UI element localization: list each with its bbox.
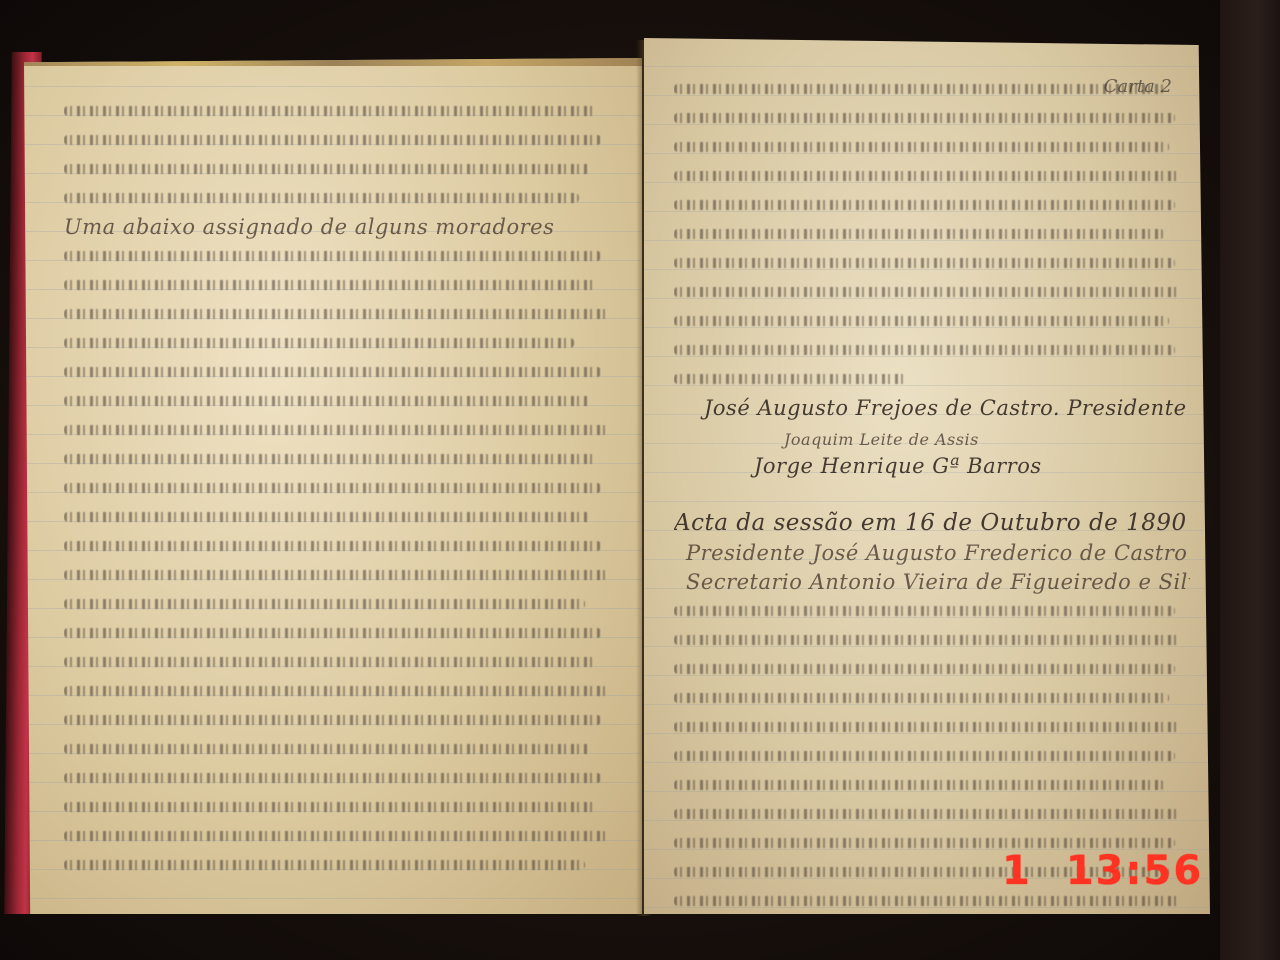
handwriting-line bbox=[64, 413, 618, 442]
handwriting-line bbox=[64, 819, 618, 848]
handwriting-line bbox=[64, 674, 618, 703]
minutes-secretary: Secretario Antonio Vieira de Figueiredo … bbox=[674, 565, 1190, 594]
handwriting-line bbox=[674, 159, 1190, 188]
handwriting-line bbox=[674, 130, 1190, 159]
handwriting-line bbox=[64, 500, 618, 529]
handwriting-line bbox=[64, 239, 618, 268]
handwriting-line bbox=[64, 268, 618, 297]
handwriting-line bbox=[64, 123, 618, 152]
handwriting-line bbox=[674, 304, 1190, 333]
timestamp-time: 13:56 bbox=[1066, 848, 1203, 894]
handwriting-line bbox=[64, 761, 618, 790]
left-page: Uma abaixo assignado de alguns moradores bbox=[24, 58, 642, 914]
handwriting-line bbox=[64, 529, 618, 558]
signature-member: Jorge Henrique Gª Barros bbox=[674, 449, 1190, 478]
handwriting-line bbox=[64, 326, 618, 355]
handwriting-line bbox=[64, 703, 618, 732]
handwriting-line bbox=[64, 558, 618, 587]
right-page: Carta 2 José Augusto Frejoes de Castro. … bbox=[644, 38, 1210, 914]
camera-timestamp: 1 13:56 bbox=[1002, 848, 1203, 894]
timestamp-day: 1 bbox=[1002, 848, 1032, 894]
handwriting-line bbox=[64, 471, 618, 500]
right-page-handwriting: José Augusto Frejoes de Castro. Presiden… bbox=[674, 72, 1190, 913]
handwriting-line bbox=[64, 645, 618, 674]
handwriting-line bbox=[64, 442, 618, 471]
signature-secretary: Joaquim Leite de Assis bbox=[674, 420, 1190, 449]
handwriting-line bbox=[64, 790, 618, 819]
handwriting-line: Uma abaixo assignado de alguns moradores bbox=[64, 210, 618, 239]
handwriting-line bbox=[64, 732, 618, 761]
signature-president: José Augusto Frejoes de Castro. Presiden… bbox=[674, 391, 1190, 420]
table-surface bbox=[1220, 0, 1280, 960]
handwriting-line bbox=[674, 333, 1190, 362]
handwriting-line bbox=[674, 652, 1190, 681]
handwriting-line bbox=[64, 587, 618, 616]
handwriting-line bbox=[64, 152, 618, 181]
handwriting-line bbox=[674, 797, 1190, 826]
handwriting-line bbox=[674, 188, 1190, 217]
handwriting-line bbox=[674, 72, 1190, 101]
minutes-president: Presidente José Augusto Frederico de Cas… bbox=[674, 536, 1190, 565]
handwriting-line bbox=[674, 362, 1190, 391]
handwriting-line bbox=[674, 768, 1190, 797]
handwriting-line bbox=[674, 739, 1190, 768]
handwriting-line bbox=[64, 355, 618, 384]
handwriting-line bbox=[64, 848, 618, 877]
handwriting-line bbox=[674, 275, 1190, 304]
handwriting-line bbox=[674, 217, 1190, 246]
handwriting-line bbox=[64, 94, 618, 123]
left-page-handwriting: Uma abaixo assignado de alguns moradores bbox=[64, 94, 618, 877]
handwriting-line bbox=[674, 246, 1190, 275]
handwriting-line bbox=[674, 594, 1190, 623]
handwriting-line bbox=[674, 101, 1190, 130]
handwriting-line bbox=[674, 623, 1190, 652]
handwriting-line bbox=[64, 384, 618, 413]
handwriting-line bbox=[64, 181, 618, 210]
handwriting-line bbox=[64, 616, 618, 645]
handwriting-line bbox=[674, 710, 1190, 739]
blank-line bbox=[674, 478, 1190, 507]
handwriting-line bbox=[674, 681, 1190, 710]
handwriting-line bbox=[64, 297, 618, 326]
minutes-heading: Acta da sessão em 16 de Outubro de 1890 bbox=[674, 507, 1190, 536]
